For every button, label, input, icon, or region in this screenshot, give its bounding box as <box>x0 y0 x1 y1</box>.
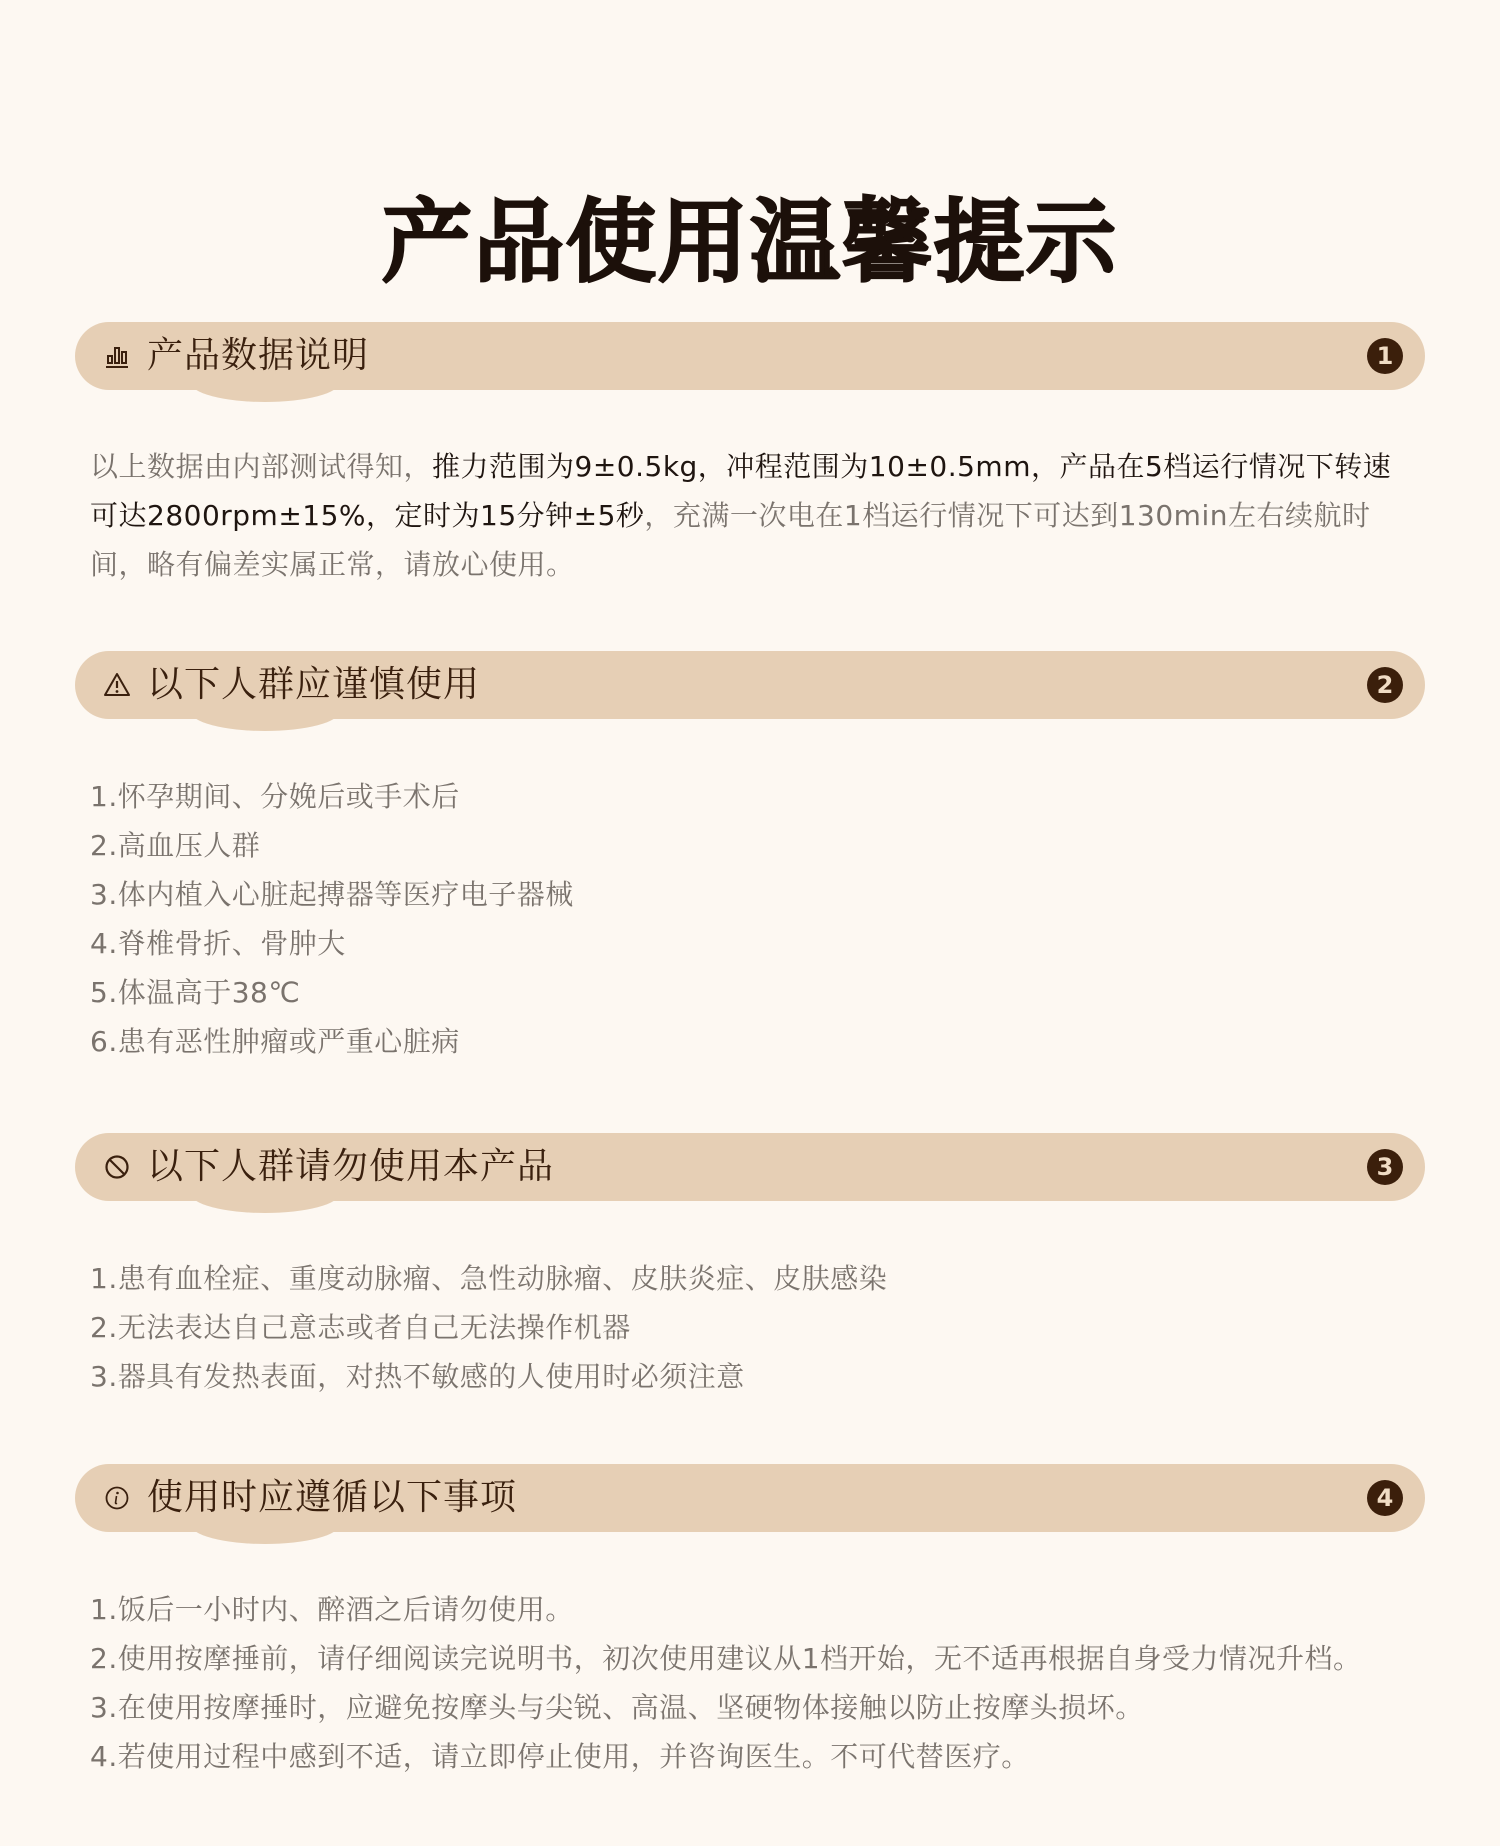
list-item: 2.使用按摩捶前，请仔细阅读完说明书，初次使用建议从1档开始，无不适再根据自身受… <box>90 1634 1420 1683</box>
list-item: 2.无法表达自己意志或者自己无法操作机器 <box>90 1303 1420 1352</box>
list-item: 1.患有血栓症、重度动脉瘤、急性动脉瘤、皮肤炎症、皮肤感染 <box>90 1254 1420 1303</box>
list-item: 3.体内植入心脏起搏器等医疗电子器械 <box>90 870 1420 919</box>
section-header-prohibited: 以下人群请勿使用本产品 3 <box>75 1133 1425 1201</box>
list-item: 1.怀孕期间、分娩后或手术后 <box>90 772 1420 821</box>
list-item: 6.患有恶性肿瘤或严重心脏病 <box>90 1017 1420 1066</box>
list-item: 5.体温高于38℃ <box>90 968 1420 1017</box>
product-data-paragraph: 以上数据由内部测试得知，推力范围为9±0.5kg，冲程范围为10±0.5mm，产… <box>90 442 1410 589</box>
info-icon <box>103 1484 131 1512</box>
warning-icon <box>103 671 131 699</box>
prohibited-icon <box>103 1153 131 1181</box>
list-item: 3.在使用按摩捶时，应避免按摩头与尖锐、高温、坚硬物体接触以防止按摩头损坏。 <box>90 1683 1420 1732</box>
section-number-badge: 4 <box>1367 1480 1403 1516</box>
section-header-product-data: 产品数据说明 1 <box>75 322 1425 390</box>
usage-rules-list: 1.饭后一小时内、醉酒之后请勿使用。 2.使用按摩捶前，请仔细阅读完说明书，初次… <box>90 1585 1420 1781</box>
section-number-badge: 1 <box>1367 338 1403 374</box>
section-title: 以下人群应谨慎使用 <box>147 651 480 719</box>
bar-chart-icon <box>103 342 131 370</box>
caution-list: 1.怀孕期间、分娩后或手术后 2.高血压人群 3.体内植入心脏起搏器等医疗电子器… <box>90 772 1420 1066</box>
section-title: 以下人群请勿使用本产品 <box>147 1133 554 1201</box>
list-item: 4.若使用过程中感到不适，请立即停止使用，并咨询医生。不可代替医疗。 <box>90 1732 1420 1781</box>
section-header-caution: 以下人群应谨慎使用 2 <box>75 651 1425 719</box>
prohibited-list: 1.患有血栓症、重度动脉瘤、急性动脉瘤、皮肤炎症、皮肤感染 2.无法表达自己意志… <box>90 1254 1420 1401</box>
section-number-badge: 2 <box>1367 667 1403 703</box>
page-title: 产品使用温馨提示 <box>0 188 1500 298</box>
list-item: 1.饭后一小时内、醉酒之后请勿使用。 <box>90 1585 1420 1634</box>
list-item: 4.脊椎骨折、骨肿大 <box>90 919 1420 968</box>
section-number-badge: 3 <box>1367 1149 1403 1185</box>
section-title: 使用时应遵循以下事项 <box>147 1464 517 1532</box>
list-item: 3.器具有发热表面，对热不敏感的人使用时必须注意 <box>90 1352 1420 1401</box>
section-title: 产品数据说明 <box>147 322 369 390</box>
section-header-usage-rules: 使用时应遵循以下事项 4 <box>75 1464 1425 1532</box>
paragraph-lead: 以上数据由内部测试得知， <box>90 450 432 483</box>
list-item: 2.高血压人群 <box>90 821 1420 870</box>
